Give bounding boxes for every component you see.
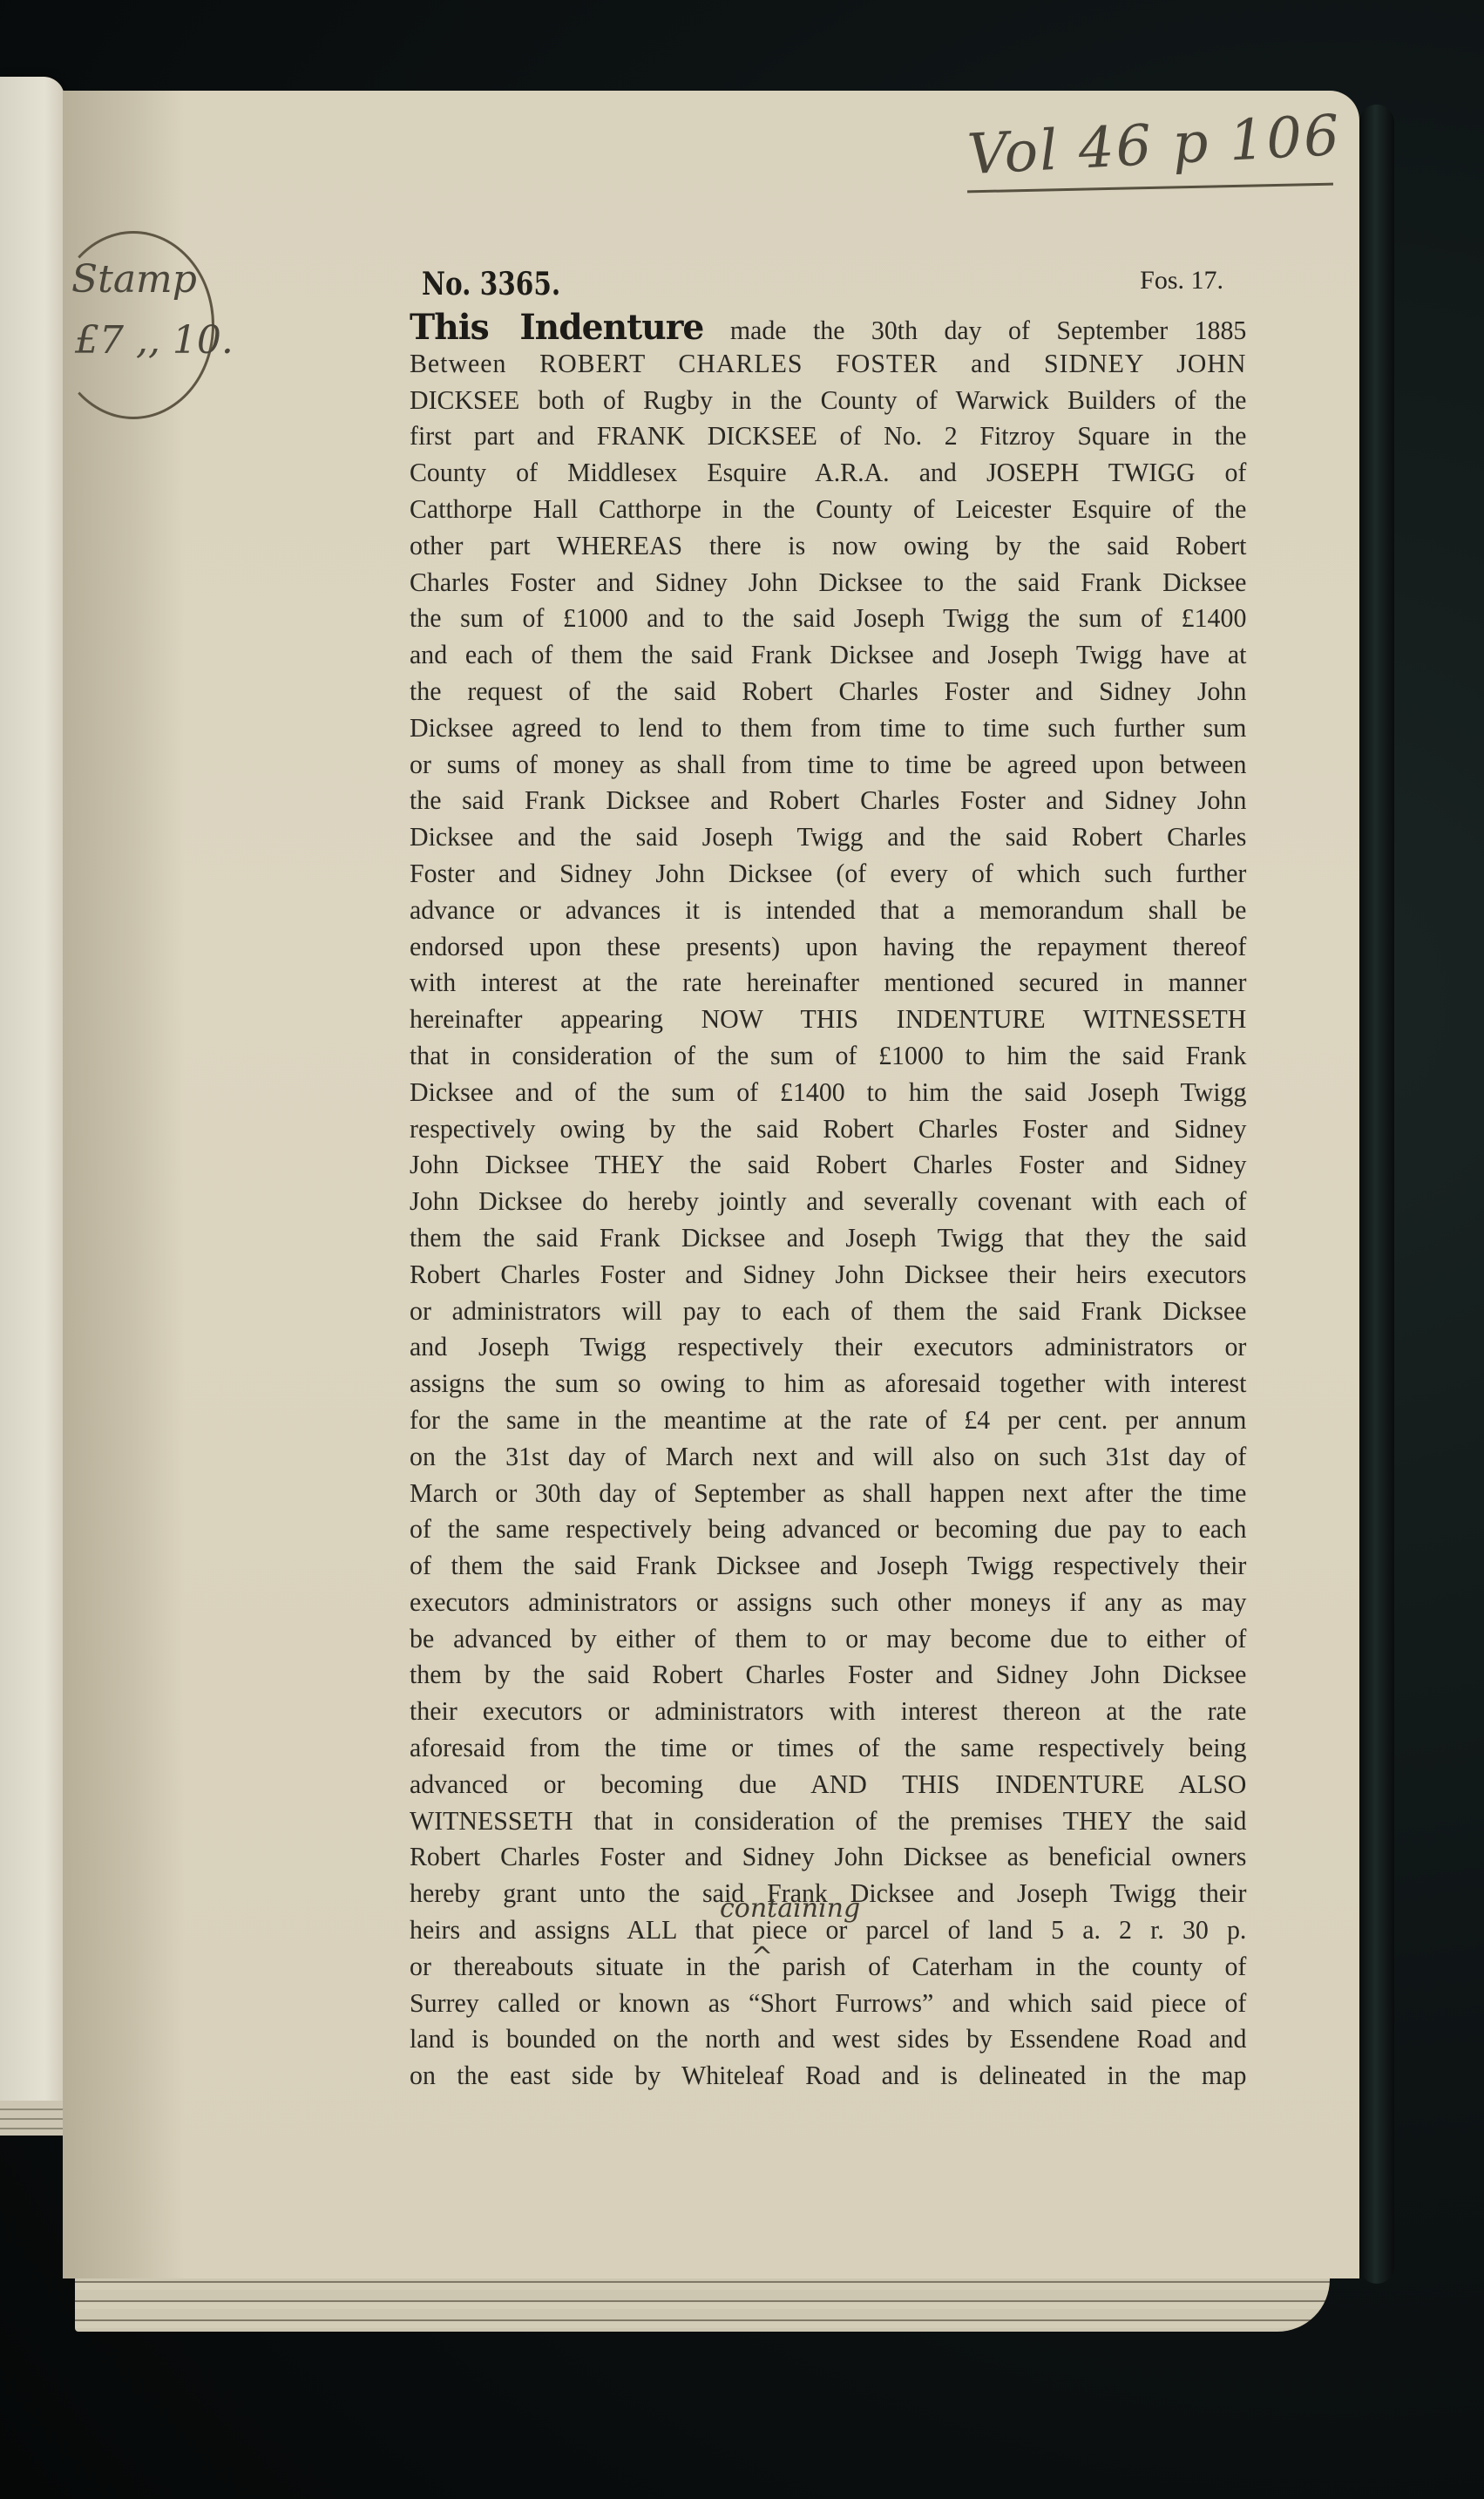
body-line-27: or administrators will pay to each of th… xyxy=(410,1294,1246,1330)
body-line-10: the request of the said Robert Charles F… xyxy=(410,674,1246,710)
body-line-45: or thereabouts situate in the parish of … xyxy=(410,1949,1246,1986)
body-line-16: advance or advances it is intended that … xyxy=(410,893,1246,929)
opening-words: This Indenture xyxy=(410,307,703,348)
stamp-amount: £7 ,, 10. xyxy=(75,318,234,363)
body-line-48: on the east side by Whiteleaf Road and i… xyxy=(410,2058,1246,2095)
body-line-36: be advanced by either of them to or may … xyxy=(410,1621,1246,1658)
body-line-24: John Dicksee do hereby jointly and sever… xyxy=(410,1184,1246,1220)
insertion-caret: ^ xyxy=(751,1942,773,1973)
handwritten-interlineation: containing xyxy=(720,1893,860,1924)
body-line-1: Between ROBERT CHARLES FOSTER and SIDNEY… xyxy=(410,346,1246,383)
body-line-46: Surrey called or known as “Short Furrows… xyxy=(410,1986,1246,2022)
body-line-28: and Joseph Twigg respectively their exec… xyxy=(410,1329,1246,1366)
body-line-4: County of Middlesex Esquire A.R.A. and J… xyxy=(410,455,1246,492)
body-line-21: Dicksee and of the sum of £1400 to him t… xyxy=(410,1075,1246,1111)
body-line-32: March or 30th day of September as shall … xyxy=(410,1476,1246,1512)
indenture-body: This Indenture made the 30th day of Sept… xyxy=(410,309,1264,2095)
body-line-35: executors administrators or assigns such… xyxy=(410,1585,1246,1621)
body-line-8: the sum of £1000 and to the said Joseph … xyxy=(410,601,1246,637)
body-line-22: respectively owing by the said Robert Ch… xyxy=(410,1111,1246,1148)
body-line-37: them by the said Robert Charles Foster a… xyxy=(410,1657,1246,1694)
body-line-9: and each of them the said Frank Dicksee … xyxy=(410,637,1246,674)
body-line-0: This Indenture made the 30th day of Sept… xyxy=(410,309,1246,346)
body-line-19: hereinafter appearing NOW THIS INDENTURE… xyxy=(410,1002,1246,1038)
body-line-38: their executors or administrators with i… xyxy=(410,1694,1246,1730)
body-line-13: the said Frank Dicksee and Robert Charle… xyxy=(410,783,1246,819)
body-line-3: first part and FRANK DICKSEE of No. 2 Fi… xyxy=(410,418,1246,455)
body-line-29: assigns the sum so owing to him as afore… xyxy=(410,1366,1246,1402)
body-line-6: other part WHEREAS there is now owing by… xyxy=(410,528,1246,565)
body-line-25: them the said Frank Dicksee and Joseph T… xyxy=(410,1220,1246,1257)
left-facing-page xyxy=(0,77,64,2116)
body-line-42: Robert Charles Foster and Sidney John Di… xyxy=(410,1839,1246,1876)
body-line-5: Catthorpe Hall Catthorpe in the County o… xyxy=(410,492,1246,528)
document-number: No. 3365. xyxy=(422,266,560,302)
body-line-47: land is bounded on the north and west si… xyxy=(410,2021,1246,2058)
page-bottom-edges xyxy=(75,2271,1330,2332)
body-line-11: Dicksee agreed to lend to them from time… xyxy=(410,710,1246,747)
body-line-41: WITNESSETH that in consideration of the … xyxy=(410,1803,1246,1840)
body-line-15: Foster and Sidney John Dicksee (of every… xyxy=(410,856,1246,893)
body-line-7: Charles Foster and Sidney John Dicksee t… xyxy=(410,565,1246,601)
body-line-23: John Dicksee THEY the said Robert Charle… xyxy=(410,1147,1246,1184)
folio-count: Fos. 17. xyxy=(1140,266,1223,295)
body-line-31: on the 31st day of March next and will a… xyxy=(410,1439,1246,1476)
body-line-39: aforesaid from the time or times of the … xyxy=(410,1730,1246,1767)
body-line-40: advanced or becoming due AND THIS INDENT… xyxy=(410,1767,1246,1803)
body-line-33: of the same respectively being advanced … xyxy=(410,1511,1246,1548)
body-line-2: DICKSEE both of Rugby in the County of W… xyxy=(410,383,1246,419)
body-line-17: endorsed upon these presents) upon havin… xyxy=(410,929,1246,966)
body-line-14: Dicksee and the said Joseph Twigg and th… xyxy=(410,819,1246,856)
document-header: No. 3365. Fos. 17. xyxy=(422,266,1223,309)
body-line-20: that in consideration of the sum of £100… xyxy=(410,1038,1246,1075)
body-line-12: or sums of money as shall from time to t… xyxy=(410,747,1246,784)
body-line-34: of them the said Frank Dicksee and Josep… xyxy=(410,1548,1246,1585)
stamp-label: Stamp xyxy=(71,257,197,302)
binding-spine-edge xyxy=(1359,105,1394,2284)
body-line-30: for the same in the meantime at the rate… xyxy=(410,1402,1246,1439)
line-text: made the 30th day of September 1885 xyxy=(730,316,1247,345)
body-line-18: with interest at the rate hereinafter me… xyxy=(410,965,1246,1002)
body-line-26: Robert Charles Foster and Sidney John Di… xyxy=(410,1257,1246,1294)
